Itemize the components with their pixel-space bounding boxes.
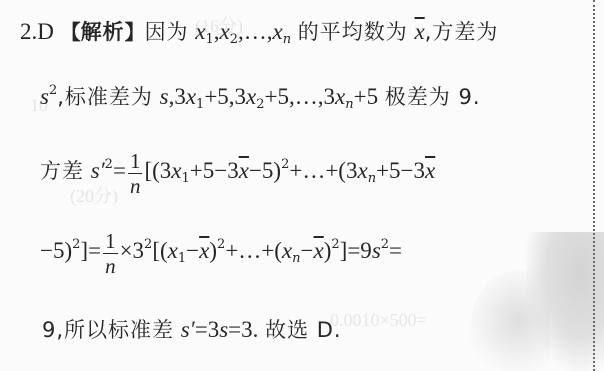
solution-line-3: 方差 s′2=1n[(3x1+5−3x−5)2+…+(3xn+5−3x	[40, 148, 435, 197]
fraction-1-over-n: 1n	[103, 230, 118, 279]
x-bar: x	[414, 19, 424, 44]
solution-line-4: −5)2]=1n×32[(x1−x)2+…+(xn−x)2]=9s2=	[40, 228, 402, 277]
solution-line-5: 9,所以标准差 s′=3s=3. 故选 D.	[42, 318, 342, 341]
analysis-bracket-close: 】	[125, 20, 145, 44]
question-number: 2.	[20, 19, 37, 44]
bleed-through-text: 0.0010×500=	[330, 310, 427, 331]
fraction-1-over-n: 1n	[128, 150, 143, 199]
analysis-bracket-open: 【	[61, 20, 81, 44]
answer-letter: D	[37, 19, 54, 44]
solution-line-1: 2.D 【解析】因为 x1,x2,…,xn 的平均数为 x,方差为	[20, 20, 498, 46]
solution-line-2: s2,标准差为 s,3x1+5,3x2+5,…,3xn+5 极差为 9.	[40, 84, 481, 111]
analysis-label: 解析	[81, 20, 125, 44]
page-margin-dotted-line	[593, 0, 595, 371]
